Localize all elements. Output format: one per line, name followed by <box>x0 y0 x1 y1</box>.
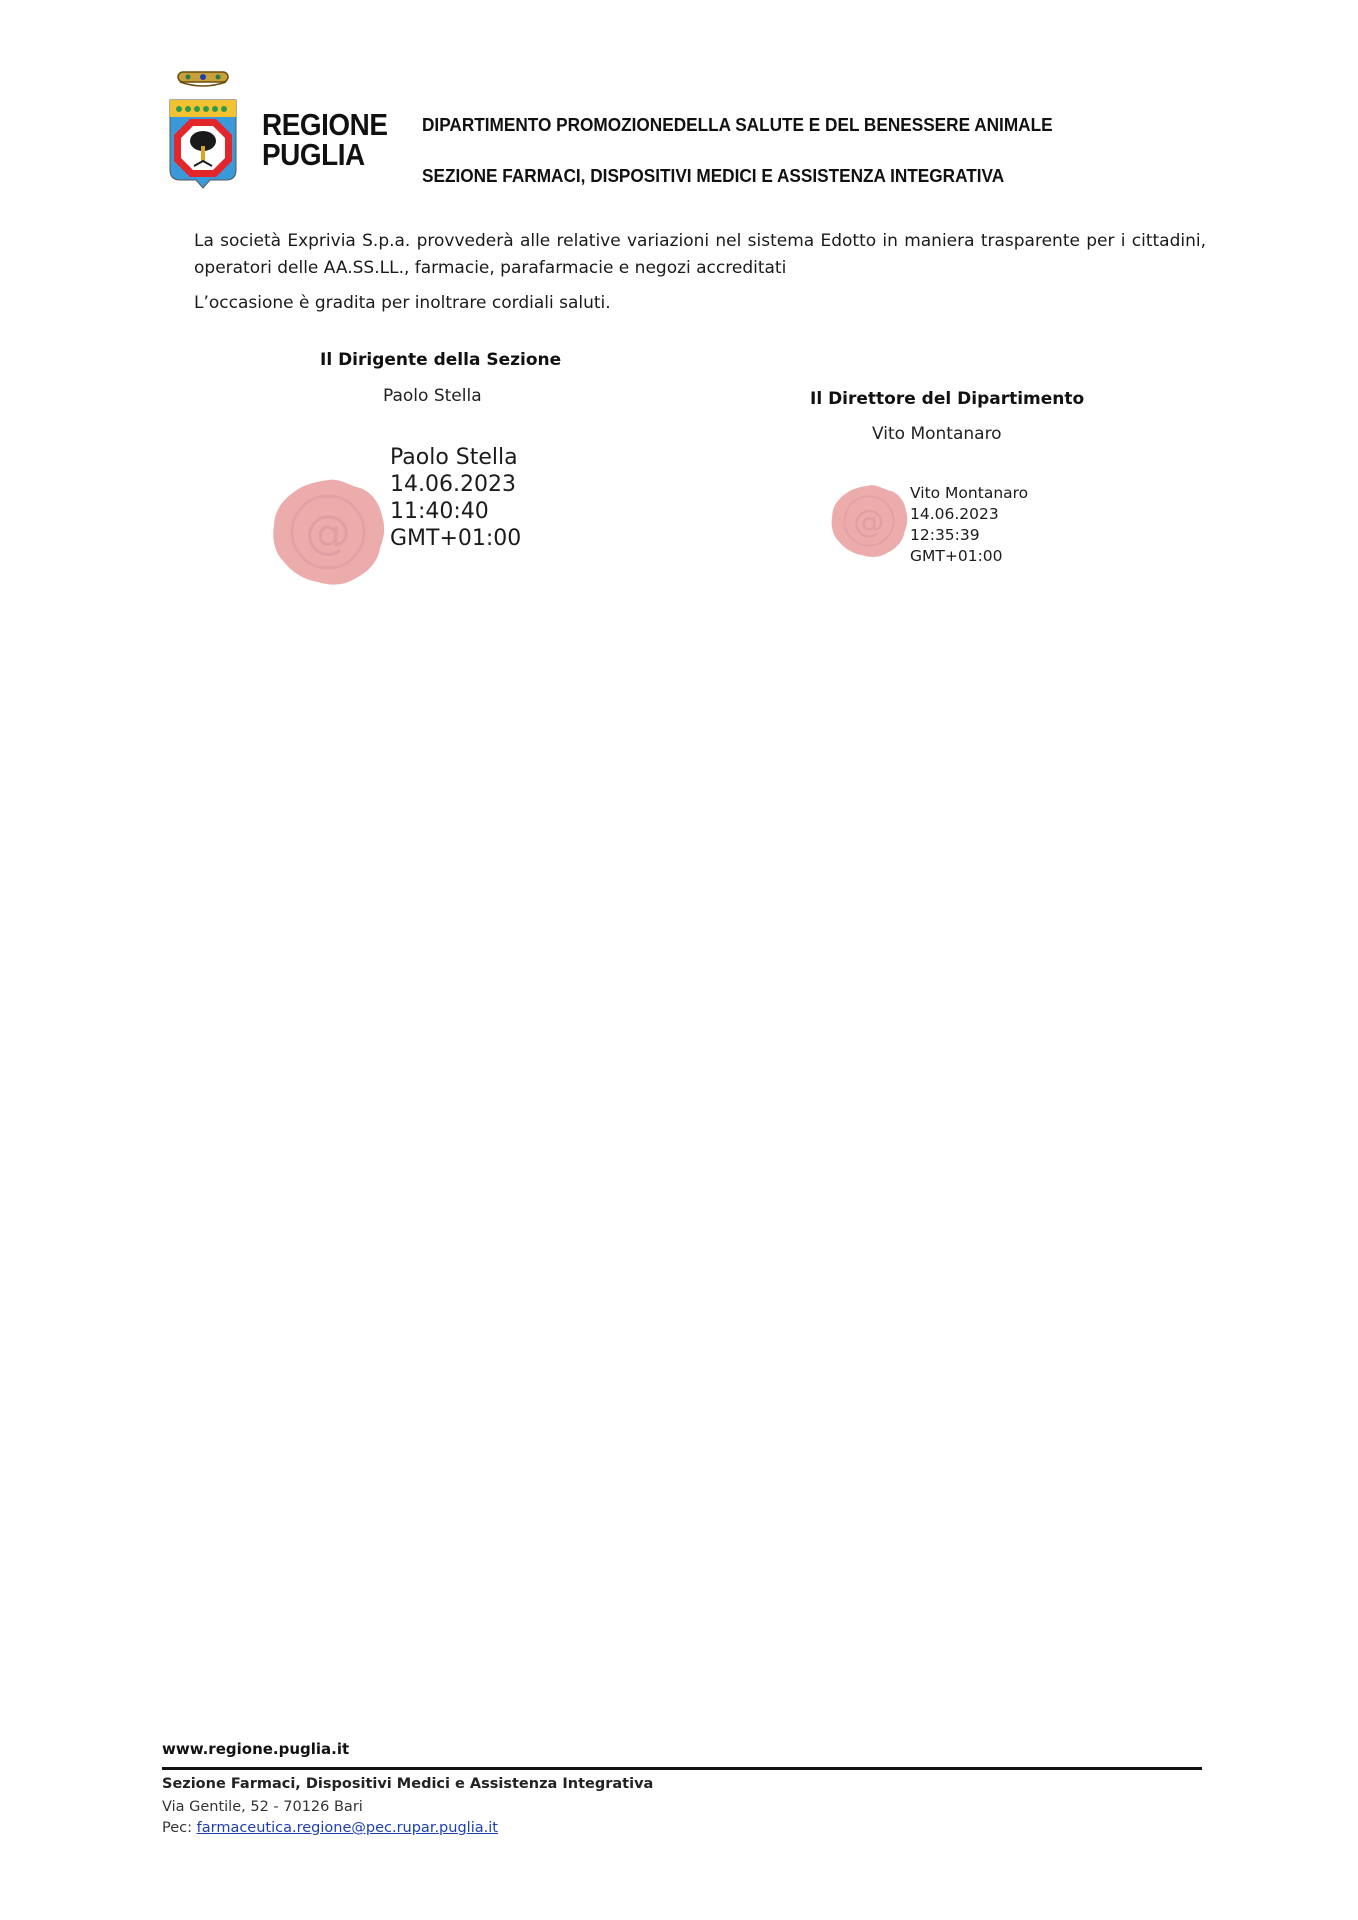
svg-text:@: @ <box>853 504 884 540</box>
stamp-date: 14.06.2023 <box>390 471 521 498</box>
signature-seal-icon: @ <box>828 482 910 560</box>
footer-website: www.regione.puglia.it <box>162 1740 349 1758</box>
brand-wordmark: REGIONE PUGLIA <box>262 110 388 170</box>
letter-body: La società Exprivia S.p.a. provvederà al… <box>194 228 1206 317</box>
signature-1-name: Paolo Stella <box>383 386 482 406</box>
brand-line2: PUGLIA <box>262 140 388 170</box>
footer-divider <box>162 1767 1202 1770</box>
body-paragraph-1: La società Exprivia S.p.a. provvederà al… <box>194 228 1206 282</box>
signature-2-title: Il Direttore del Dipartimento <box>810 389 1084 409</box>
signature-seal-icon: @ <box>268 476 388 588</box>
pec-label: Pec: <box>162 1820 197 1836</box>
stamp-time: 11:40:40 <box>390 498 521 525</box>
signature-2-stamp: Vito Montanaro 14.06.2023 12:35:39 GMT+0… <box>910 483 1028 567</box>
signature-1-title: Il Dirigente della Sezione <box>320 350 561 370</box>
svg-text:@: @ <box>305 505 351 559</box>
stamp-timezone: GMT+01:00 <box>390 525 521 552</box>
section-heading: SEZIONE FARMACI, DISPOSITIVI MEDICI E AS… <box>422 165 1004 187</box>
footer-address: Via Gentile, 52 - 70126 Bari <box>162 1799 363 1815</box>
stamp-time: 12:35:39 <box>910 525 1028 546</box>
signature-2-name: Vito Montanaro <box>872 424 1002 444</box>
stamp-name: Paolo Stella <box>390 444 521 471</box>
body-paragraph-2: L’occasione è gradita per inoltrare cord… <box>194 290 1206 317</box>
footer-section: Sezione Farmaci, Dispositivi Medici e As… <box>162 1776 653 1792</box>
signature-1-stamp: Paolo Stella 14.06.2023 11:40:40 GMT+01:… <box>390 444 521 552</box>
footer-pec: Pec: farmaceutica.regione@pec.rupar.pugl… <box>162 1820 498 1836</box>
stamp-name: Vito Montanaro <box>910 483 1028 504</box>
department-heading: DIPARTIMENTO PROMOZIONEDELLA SALUTE E DE… <box>422 114 1053 136</box>
stamp-timezone: GMT+01:00 <box>910 546 1028 567</box>
brand-line1: REGIONE <box>262 110 388 140</box>
stamp-date: 14.06.2023 <box>910 504 1028 525</box>
regione-puglia-logo-icon <box>166 66 240 194</box>
pec-email-link[interactable]: farmaceutica.regione@pec.rupar.puglia.it <box>197 1820 498 1836</box>
